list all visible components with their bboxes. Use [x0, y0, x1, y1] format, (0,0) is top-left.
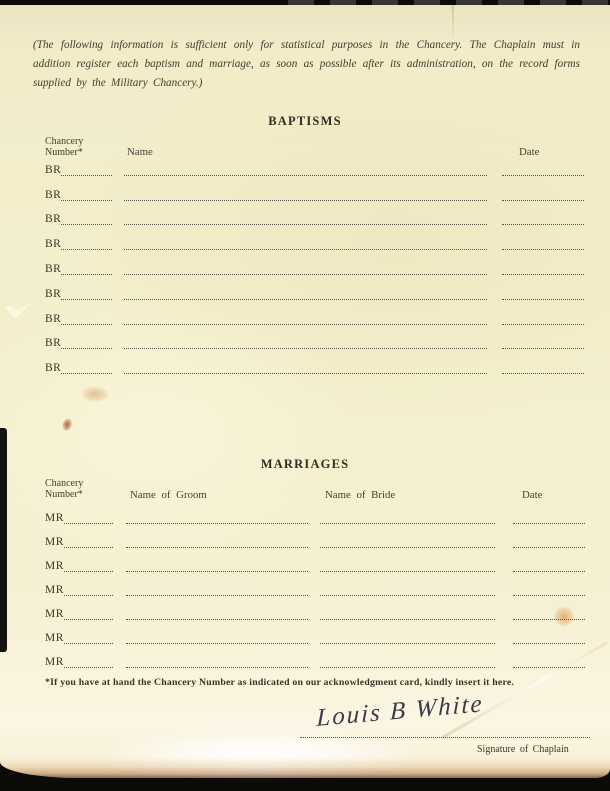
groom-name-blank: [126, 608, 308, 620]
chancery-number-footnote: *If you have at hand the Chancery Number…: [45, 677, 565, 688]
groom-name-blank: [126, 656, 308, 668]
chancery-number-blank: [61, 164, 112, 176]
chancery-header-line2: Number*: [45, 490, 83, 501]
baptism-row: BR: [45, 151, 587, 176]
row-prefix: BR: [45, 288, 61, 300]
baptism-row: BR: [45, 225, 587, 250]
chancery-number-blank: [64, 560, 113, 572]
date-blank: [502, 313, 584, 325]
chancery-number-blank: [61, 189, 112, 201]
baptism-row: BR: [45, 300, 587, 325]
bride-name-blank: [320, 560, 495, 572]
row-prefix: BR: [45, 213, 61, 225]
chancery-number-blank: [64, 584, 113, 596]
date-blank: [513, 536, 585, 548]
row-prefix: BR: [45, 164, 61, 176]
row-prefix: MR: [45, 632, 64, 644]
marriages-title: MARRIAGES: [0, 457, 610, 472]
bride-name-blank: [320, 632, 495, 644]
marriage-row: MR: [45, 524, 587, 548]
marriage-row: MR: [45, 596, 587, 620]
name-blank: [124, 164, 487, 176]
name-blank: [124, 189, 487, 201]
date-blank: [513, 560, 585, 572]
baptism-row: BR: [45, 176, 587, 201]
date-blank: [513, 656, 585, 668]
bride-name-blank: [320, 536, 495, 548]
name-blank: [124, 238, 487, 250]
date-blank: [502, 189, 584, 201]
scanned-form-page: (The following information is sufficient…: [0, 0, 610, 791]
marriage-row: MR: [45, 644, 587, 668]
groom-name-blank: [126, 512, 308, 524]
baptism-row: BR: [45, 325, 587, 350]
chancery-number-blank: [64, 608, 113, 620]
row-prefix: BR: [45, 238, 61, 250]
chancery-header-line1: Chancery: [45, 137, 83, 148]
date-blank: [513, 512, 585, 524]
row-prefix: MR: [45, 656, 64, 668]
date-blank: [502, 164, 584, 176]
name-blank: [124, 337, 487, 349]
chancery-number-blank: [64, 656, 113, 668]
row-prefix: MR: [45, 512, 64, 524]
bride-name-blank: [320, 608, 495, 620]
signature-caption: Signature of Chaplain: [477, 744, 569, 755]
date-blank: [502, 337, 584, 349]
name-blank: [124, 263, 487, 275]
chancery-number-blank: [61, 313, 112, 325]
bride-name-blank: [320, 584, 495, 596]
chancery-number-blank: [61, 238, 112, 250]
date-blank: [502, 263, 584, 275]
baptisms-title: BAPTISMS: [0, 114, 610, 129]
marriage-row: MR: [45, 572, 587, 596]
signature-line: [300, 723, 590, 738]
date-blank: [513, 584, 585, 596]
bride-name-blank: [320, 656, 495, 668]
chancery-number-blank: [61, 337, 112, 349]
marriage-row: MR: [45, 620, 587, 644]
name-blank: [124, 313, 487, 325]
groom-name-blank: [126, 584, 308, 596]
baptism-row: BR: [45, 201, 587, 226]
row-prefix: BR: [45, 362, 61, 374]
row-prefix: BR: [45, 189, 61, 201]
marriages-chancery-header: Chancery Number*: [45, 479, 83, 500]
groom-name-blank: [126, 560, 308, 572]
baptism-row: BR: [45, 349, 587, 374]
name-blank: [124, 362, 487, 374]
name-blank: [124, 213, 487, 225]
date-blank: [502, 362, 584, 374]
baptisms-rows: BR BR BR BR BR: [45, 151, 587, 374]
paper-curl-shadow: [0, 758, 610, 778]
chancery-number-blank: [61, 213, 112, 225]
bride-name-blank: [320, 512, 495, 524]
chancery-number-blank: [64, 632, 113, 644]
row-prefix: MR: [45, 608, 64, 620]
groom-name-blank: [126, 632, 308, 644]
stain-left: [76, 383, 114, 405]
chancery-header-line1: Chancery: [45, 479, 83, 490]
chancery-number-blank: [61, 362, 112, 374]
chancery-number-blank: [64, 512, 113, 524]
row-prefix: BR: [45, 313, 61, 325]
date-blank: [502, 213, 584, 225]
chancery-number-blank: [61, 263, 112, 275]
groom-name-blank: [126, 536, 308, 548]
row-prefix: MR: [45, 584, 64, 596]
row-prefix: MR: [45, 536, 64, 548]
marriage-row: MR: [45, 500, 587, 524]
chancery-number-blank: [64, 536, 113, 548]
date-blank: [502, 238, 584, 250]
marriages-rows: MR MR MR MR MR: [45, 500, 587, 668]
date-blank: [513, 632, 585, 644]
date-blank: [513, 608, 585, 620]
date-blank: [502, 288, 584, 300]
row-prefix: BR: [45, 337, 61, 349]
baptism-row: BR: [45, 250, 587, 275]
marriage-row: MR: [45, 548, 587, 572]
chancery-number-blank: [61, 288, 112, 300]
baptism-row: BR: [45, 275, 587, 300]
row-prefix: BR: [45, 263, 61, 275]
intro-note: (The following information is sufficient…: [33, 36, 580, 93]
name-blank: [124, 288, 487, 300]
row-prefix: MR: [45, 560, 64, 572]
